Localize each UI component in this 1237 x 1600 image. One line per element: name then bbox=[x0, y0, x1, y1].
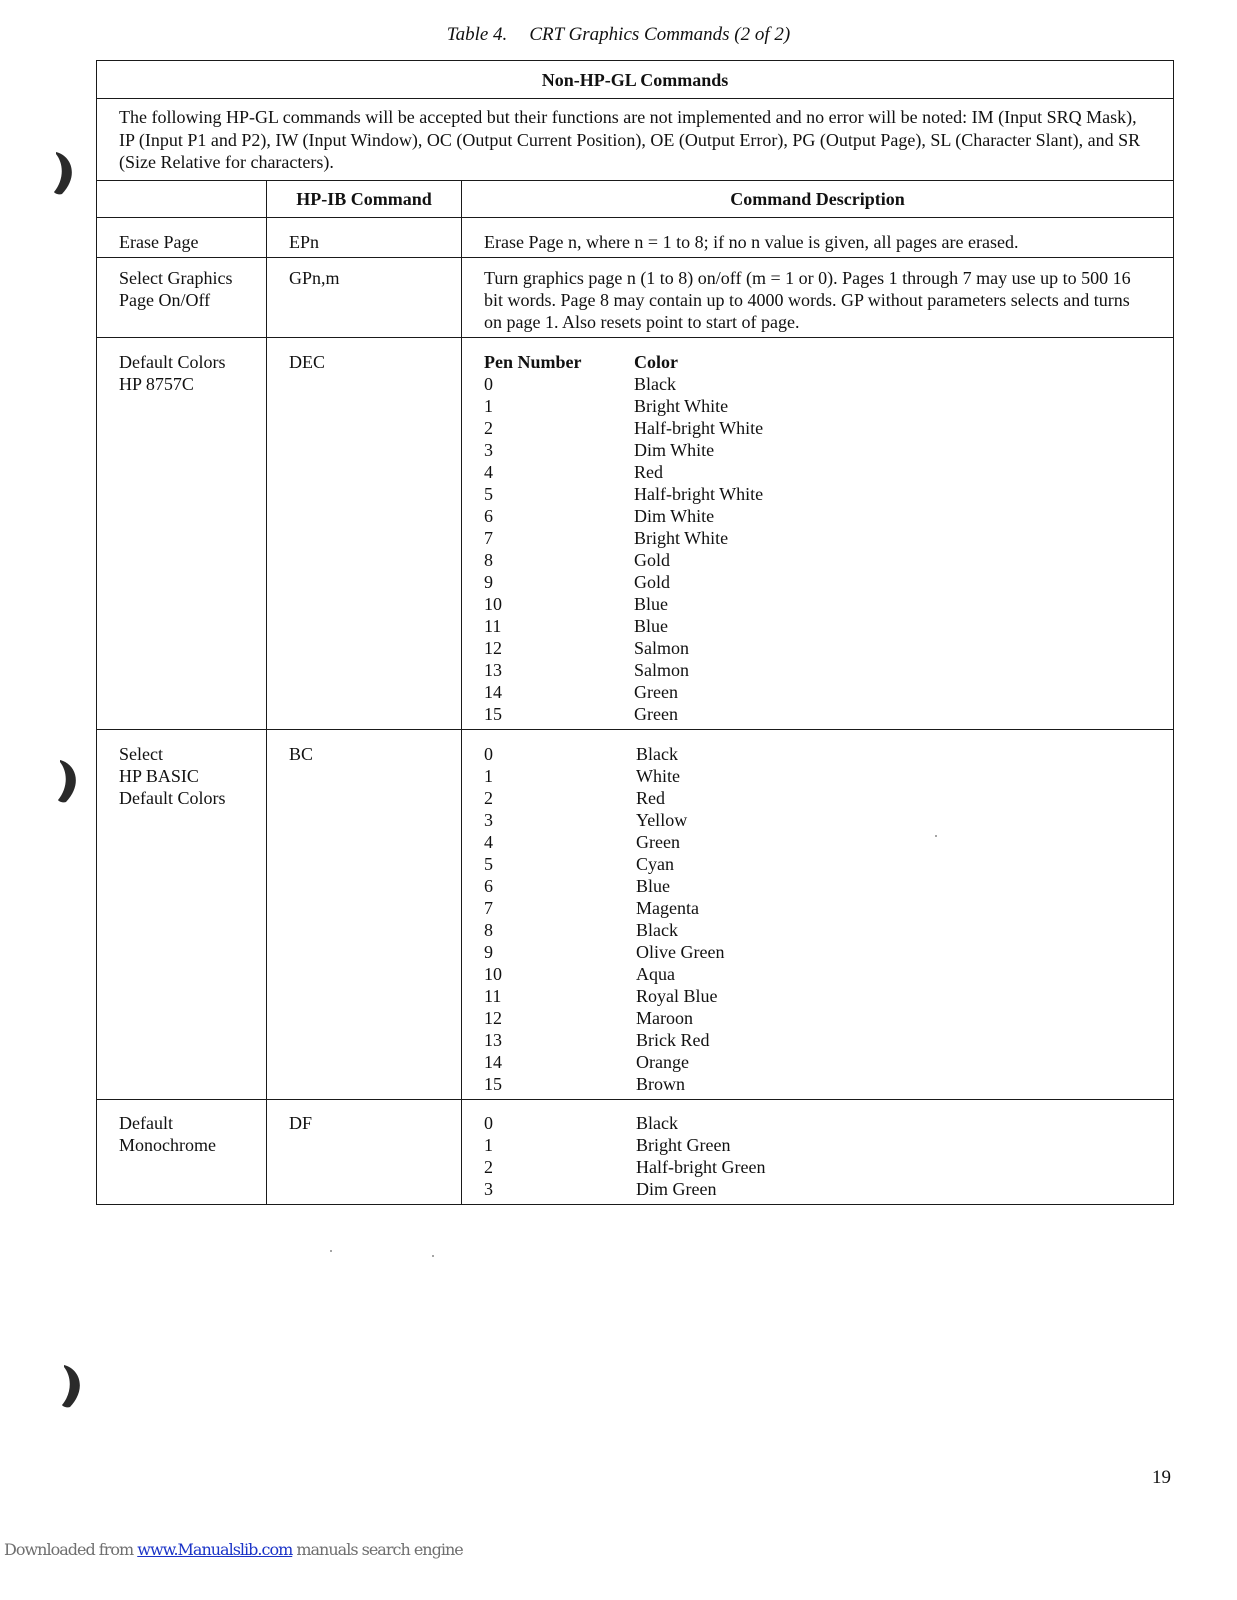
function-name: Erase Page bbox=[97, 218, 267, 257]
function-name-line: Select bbox=[119, 743, 266, 765]
scan-speck bbox=[935, 835, 937, 837]
pen-color: Brown bbox=[636, 1073, 1173, 1095]
note-row: The following HP-GL commands will be acc… bbox=[97, 99, 1173, 181]
command-description: Erase Page n, where n = 1 to 8; if no n … bbox=[462, 218, 1173, 257]
pen-color: Black bbox=[634, 373, 1173, 395]
pen-color: Half-bright Green bbox=[636, 1156, 1173, 1178]
pen-color-list: 0Black1White2Red3Yellow4Green5Cyan6Blue7… bbox=[484, 743, 1173, 1095]
function-name-line: Default Colors bbox=[119, 351, 266, 373]
function-name-line: Page On/Off bbox=[119, 289, 266, 311]
column-header-command: HP-IB Command bbox=[267, 181, 462, 217]
binder-hole-icon bbox=[60, 1363, 86, 1409]
pen-number: 1 bbox=[484, 765, 636, 787]
command-description: Pen Number Color 0Black1Bright White2Hal… bbox=[462, 338, 1173, 729]
pen-color: Red bbox=[636, 787, 1173, 809]
section-header-row: Non-HP-GL Commands bbox=[97, 61, 1173, 99]
binder-hole-icon bbox=[56, 755, 82, 807]
function-name-line: Default bbox=[119, 1112, 266, 1134]
hpib-command: DEC bbox=[267, 338, 462, 729]
pen-number: 2 bbox=[484, 1156, 636, 1178]
pen-number: 2 bbox=[484, 417, 634, 439]
pen-number: 7 bbox=[484, 527, 634, 549]
pen-number: 14 bbox=[484, 1051, 636, 1073]
function-name: Default Monochrome bbox=[97, 1100, 267, 1204]
pen-color: Yellow bbox=[636, 809, 1173, 831]
pen-number: 0 bbox=[484, 373, 634, 395]
hpib-command: EPn bbox=[267, 218, 462, 257]
binder-hole-icon bbox=[52, 150, 78, 196]
pen-number: 9 bbox=[484, 571, 634, 593]
pen-color: Olive Green bbox=[636, 941, 1173, 963]
pen-color: Bright Green bbox=[636, 1134, 1173, 1156]
hpib-command: DF bbox=[267, 1100, 462, 1204]
pen-number: 5 bbox=[484, 483, 634, 505]
pen-number: 4 bbox=[484, 831, 636, 853]
function-name-line: Select Graphics bbox=[119, 267, 266, 289]
pen-color: Brick Red bbox=[636, 1029, 1173, 1051]
pen-number: 1 bbox=[484, 1134, 636, 1156]
pen-color: Green bbox=[634, 703, 1173, 725]
pen-color: Gold bbox=[634, 571, 1173, 593]
pen-number: 3 bbox=[484, 809, 636, 831]
pen-color-list: 0Black1Bright Green2Half-bright Green3Di… bbox=[484, 1112, 1173, 1200]
pen-number: 5 bbox=[484, 853, 636, 875]
pen-color: Gold bbox=[634, 549, 1173, 571]
pen-color: Royal Blue bbox=[636, 985, 1173, 1007]
column-header-function bbox=[97, 181, 267, 217]
pen-number: 12 bbox=[484, 637, 634, 659]
pen-color: Maroon bbox=[636, 1007, 1173, 1029]
pen-color: Dim Green bbox=[636, 1178, 1173, 1200]
pen-color: Salmon bbox=[634, 637, 1173, 659]
function-name-line: Monochrome bbox=[119, 1134, 266, 1156]
pen-color: Bright White bbox=[634, 527, 1173, 549]
pen-number: 10 bbox=[484, 593, 634, 615]
footer-prefix: Downloaded from bbox=[4, 1540, 137, 1559]
section-title: Non-HP-GL Commands bbox=[97, 61, 1173, 98]
color-header: Color bbox=[634, 351, 1173, 373]
pen-color: Salmon bbox=[634, 659, 1173, 681]
manualslib-link[interactable]: www.Manualslib.com bbox=[137, 1540, 292, 1559]
page-number: 19 bbox=[1152, 1467, 1171, 1489]
pen-color: Black bbox=[636, 743, 1173, 765]
pen-number: 13 bbox=[484, 659, 634, 681]
pen-color: Aqua bbox=[636, 963, 1173, 985]
scan-speck bbox=[330, 1250, 332, 1252]
pen-number: 14 bbox=[484, 681, 634, 703]
pen-number: 10 bbox=[484, 963, 636, 985]
pen-color: Red bbox=[634, 461, 1173, 483]
command-description: 0Black1White2Red3Yellow4Green5Cyan6Blue7… bbox=[462, 730, 1173, 1099]
pen-number: 8 bbox=[484, 549, 634, 571]
unimplemented-commands-note: The following HP-GL commands will be acc… bbox=[97, 99, 1173, 180]
pen-number: 0 bbox=[484, 743, 636, 765]
hpib-command: GPn,m bbox=[267, 258, 462, 337]
pen-number: 15 bbox=[484, 1073, 636, 1095]
column-header-row: HP-IB Command Command Description bbox=[97, 181, 1173, 218]
pen-color: Black bbox=[636, 919, 1173, 941]
pen-number: 12 bbox=[484, 1007, 636, 1029]
scan-speck bbox=[432, 1255, 434, 1257]
command-description: 0Black1Bright Green2Half-bright Green3Di… bbox=[462, 1100, 1173, 1204]
pen-color: Green bbox=[636, 831, 1173, 853]
table-number: Table 4. bbox=[447, 24, 508, 45]
pen-color: Magenta bbox=[636, 897, 1173, 919]
pen-number: 4 bbox=[484, 461, 634, 483]
table-row: Select HP BASIC Default Colors BC 0Black… bbox=[97, 730, 1173, 1100]
table-row: Select Graphics Page On/Off GPn,m Turn g… bbox=[97, 258, 1173, 338]
pen-number: 6 bbox=[484, 505, 634, 527]
pen-number: 2 bbox=[484, 787, 636, 809]
pen-color: Blue bbox=[634, 615, 1173, 637]
pen-number: 7 bbox=[484, 897, 636, 919]
pen-number: 0 bbox=[484, 1112, 636, 1134]
function-name: Select Graphics Page On/Off bbox=[97, 258, 267, 337]
pen-number: 3 bbox=[484, 439, 634, 461]
function-name: Select HP BASIC Default Colors bbox=[97, 730, 267, 1099]
pen-number-header: Pen Number bbox=[484, 351, 634, 373]
crt-commands-table: Non-HP-GL Commands The following HP-GL c… bbox=[96, 60, 1174, 1205]
pen-number: 6 bbox=[484, 875, 636, 897]
table-title: CRT Graphics Commands (2 of 2) bbox=[529, 24, 790, 45]
pen-number: 3 bbox=[484, 1178, 636, 1200]
pen-number: 9 bbox=[484, 941, 636, 963]
command-description: Turn graphics page n (1 to 8) on/off (m … bbox=[462, 258, 1173, 337]
pen-number: 11 bbox=[484, 615, 634, 637]
table-row: Default Monochrome DF 0Black1Bright Gree… bbox=[97, 1100, 1173, 1204]
pen-number: 11 bbox=[484, 985, 636, 1007]
pen-color: Half-bright White bbox=[634, 417, 1173, 439]
function-name-line: Default Colors bbox=[119, 787, 266, 809]
function-name: Default Colors HP 8757C bbox=[97, 338, 267, 729]
pen-color: Dim White bbox=[634, 505, 1173, 527]
pen-number: 13 bbox=[484, 1029, 636, 1051]
pen-number: 1 bbox=[484, 395, 634, 417]
table-caption: Table 4.CRT Graphics Commands (2 of 2) bbox=[0, 24, 1237, 46]
footer-suffix: manuals search engine bbox=[292, 1540, 462, 1559]
pen-number: 15 bbox=[484, 703, 634, 725]
pen-color: Black bbox=[636, 1112, 1173, 1134]
pen-color: Bright White bbox=[634, 395, 1173, 417]
table-row: Erase Page EPn Erase Page n, where n = 1… bbox=[97, 218, 1173, 258]
function-name-line: HP 8757C bbox=[119, 373, 266, 395]
table-row: Default Colors HP 8757C DEC Pen Number C… bbox=[97, 338, 1173, 730]
function-name-line: HP BASIC bbox=[119, 765, 266, 787]
pen-color: Blue bbox=[636, 875, 1173, 897]
pen-color-list: Pen Number Color 0Black1Bright White2Hal… bbox=[484, 351, 1173, 725]
pen-color: Blue bbox=[634, 593, 1173, 615]
pen-color: Dim White bbox=[634, 439, 1173, 461]
pen-color: Half-bright White bbox=[634, 483, 1173, 505]
hpib-command: BC bbox=[267, 730, 462, 1099]
pen-color: Green bbox=[634, 681, 1173, 703]
pen-color: Orange bbox=[636, 1051, 1173, 1073]
pen-number: 8 bbox=[484, 919, 636, 941]
column-header-description: Command Description bbox=[462, 181, 1173, 217]
pen-color: Cyan bbox=[636, 853, 1173, 875]
download-footer: Downloaded from www.Manualslib.com manua… bbox=[4, 1540, 463, 1559]
pen-color: White bbox=[636, 765, 1173, 787]
